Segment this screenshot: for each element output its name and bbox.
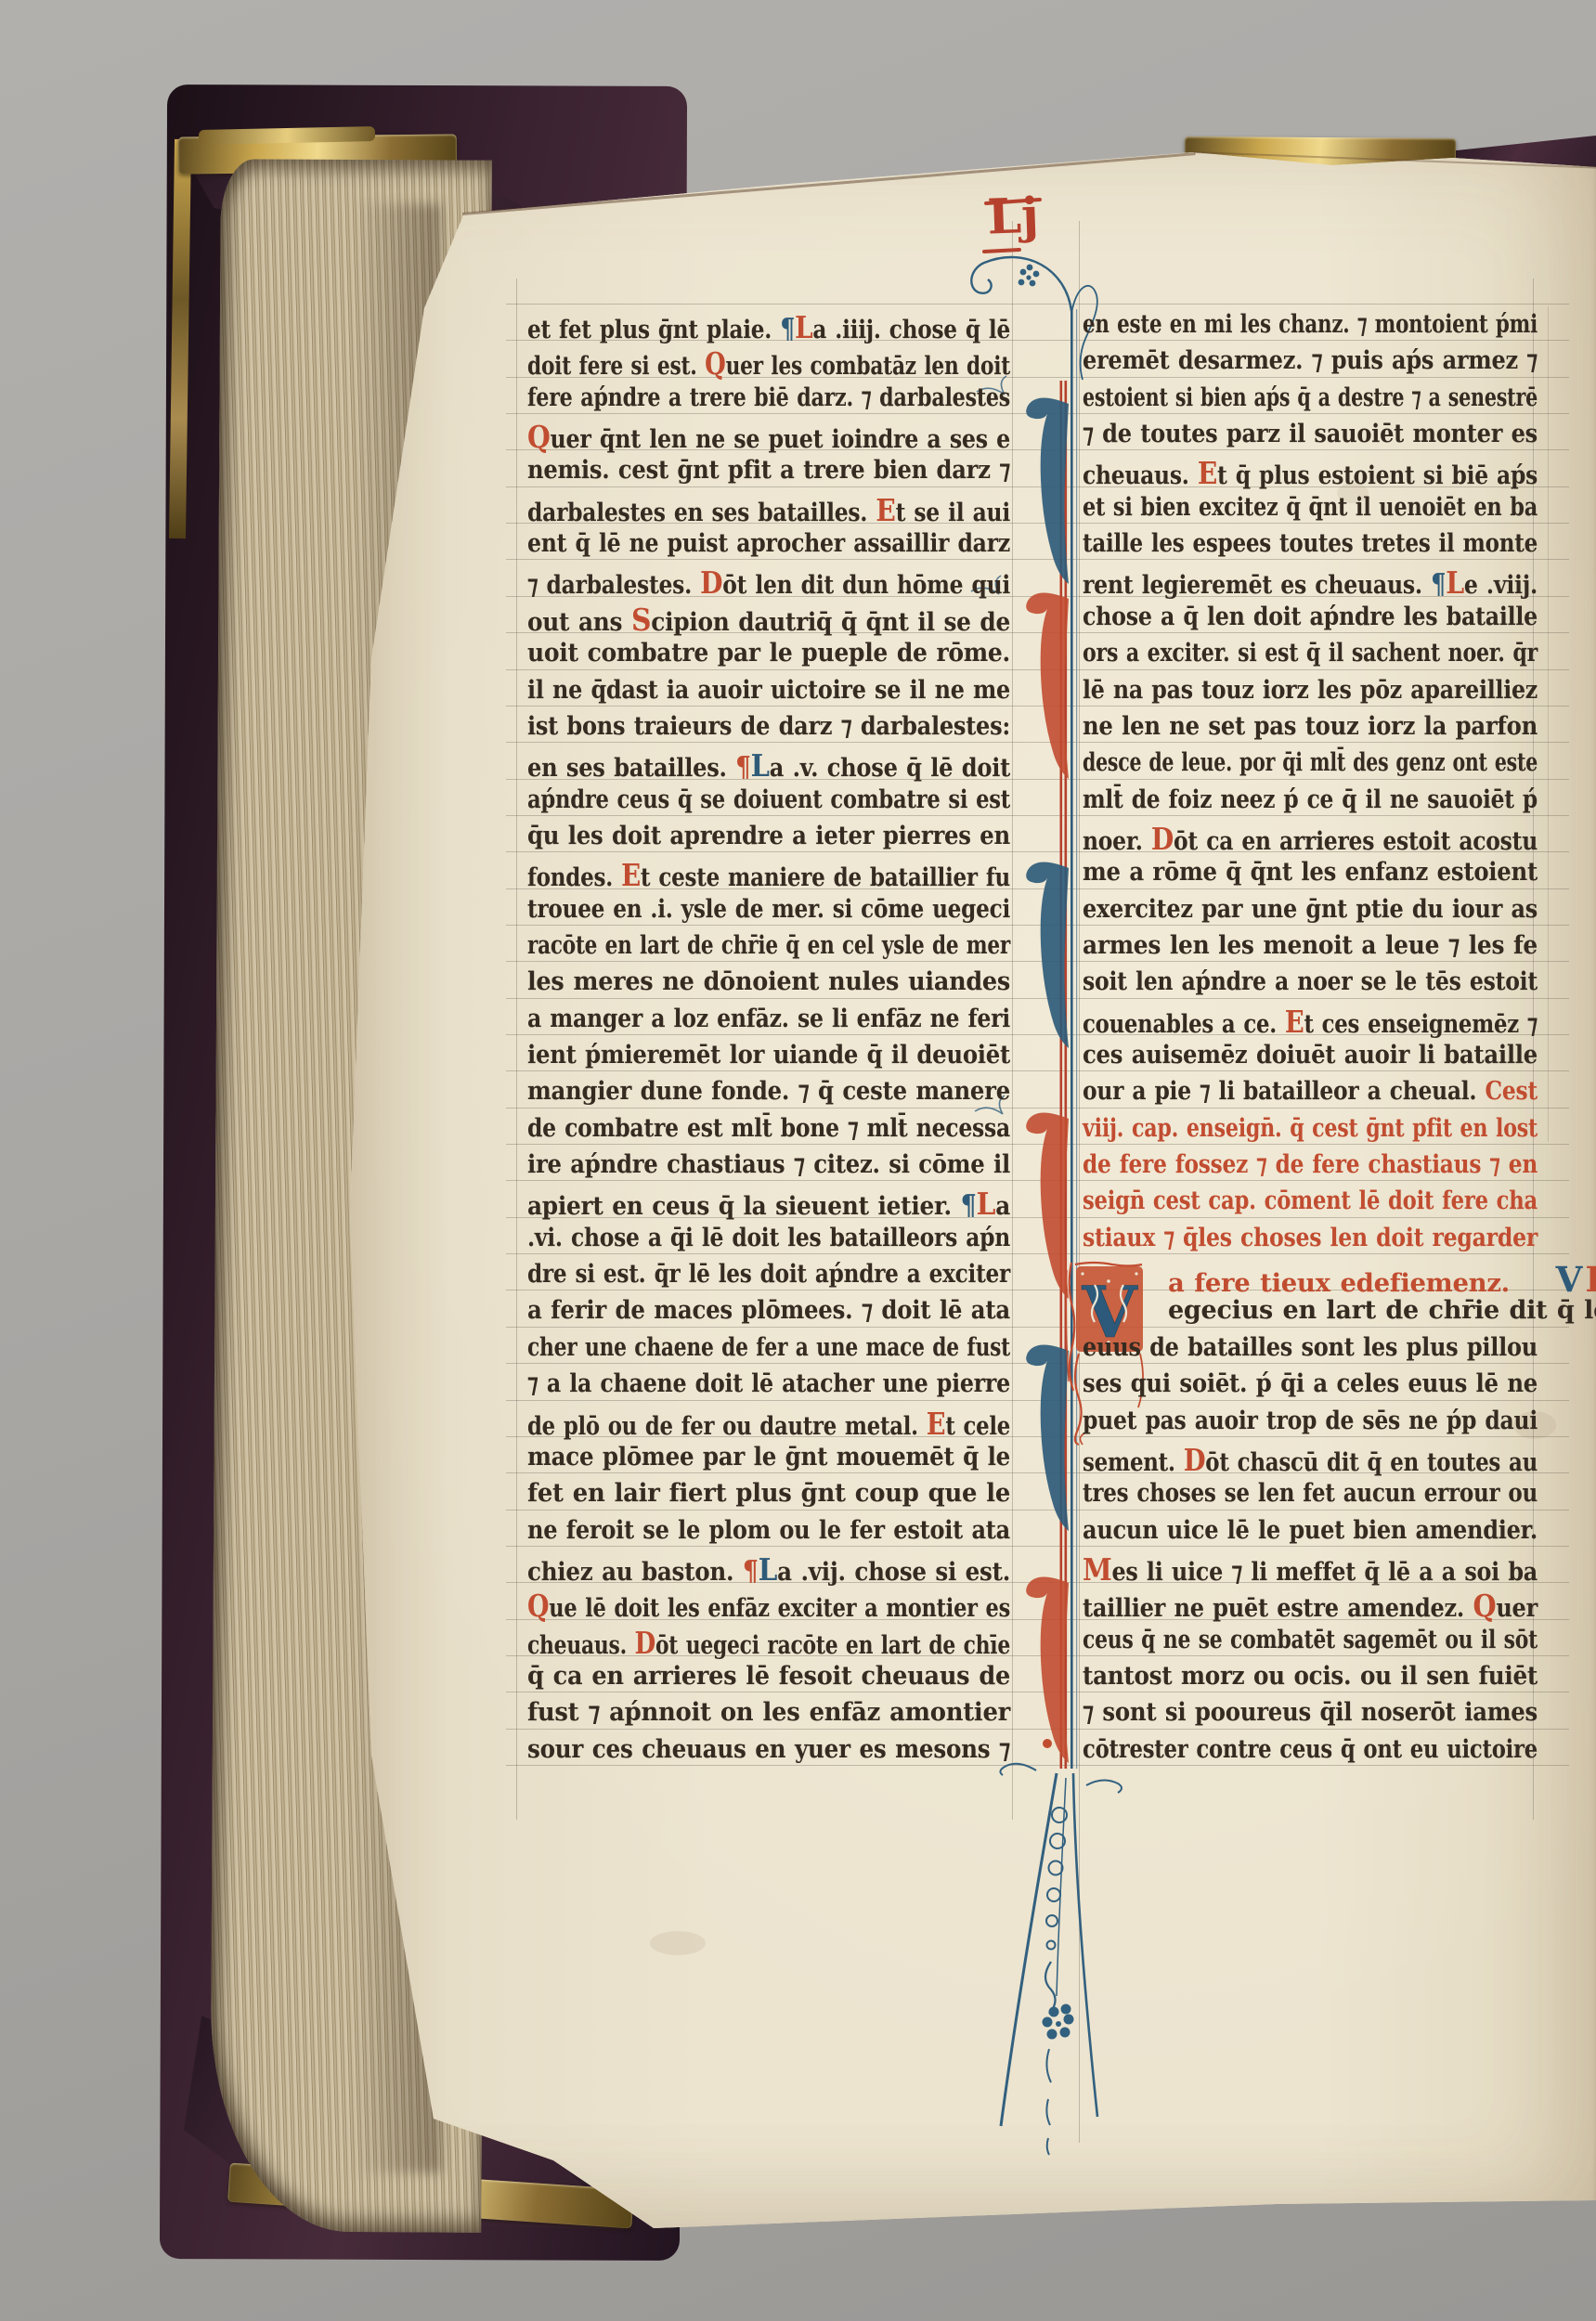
text-column-right: en este en mi les chanz. ⁊ montoient ṕmi… [0, 0, 1596, 2321]
text-segment: t ces enseignemēz ⁊ [1304, 1009, 1538, 1039]
manuscript-line: et si bien excitez q̄ q̄nt il uenoiēt en… [1083, 492, 1538, 528]
manuscript-line: ceus q̄ ne se combatēt sagemēt ou il sōt [1083, 1625, 1538, 1661]
manuscript-line: egecius en lart de chr̄ie dit q̄ les [1083, 1295, 1596, 1331]
text-segment: M [1083, 1551, 1111, 1588]
text-segment: es li uice ⁊ li meffet q̄ lē a a soi ba [1111, 1557, 1538, 1587]
text-segment: lē na pas touz iorz les pōz apareilliez [1083, 675, 1538, 705]
manuscript-line: lē na pas touz iorz les pōz apareilliez [1083, 675, 1538, 711]
manuscript-line: noer. Dōt ca en arrieres estoit acostu [1083, 821, 1538, 857]
text-segment: noer. [1083, 826, 1151, 856]
text-segment: ¶ [1431, 568, 1446, 601]
manuscript-line: de fere fossez ⁊ de fere chastiaus ⁊ en [1083, 1149, 1538, 1186]
text-segment: et si bien excitez q̄ q̄nt il uenoiēt en… [1083, 492, 1538, 522]
text-segment: rent legieremēt es cheuaus. [1083, 570, 1431, 600]
text-segment: viij. cap. enseign̄. q̄ cest ḡnt pfit en… [1083, 1113, 1538, 1143]
text-segment: euus de batailles sont les plus pillou [1083, 1332, 1538, 1362]
manuscript-line: desce de leue. por q̄i mlt̄ des genz ont… [1083, 747, 1538, 784]
text-segment: Q [1473, 1588, 1496, 1624]
manuscript-line: armes len les menoit a leue ⁊ les fe [1083, 930, 1538, 966]
manuscript-line: ⁊ sont si pooureus q̄il noserōt iames [1083, 1697, 1538, 1733]
text-segment: e .viij. [1464, 570, 1538, 600]
manuscript-photo: Lj [0, 0, 1596, 2321]
manuscript-line: en este en mi les chanz. ⁊ montoient ṕmi [1083, 309, 1538, 345]
text-segment: en este en mi les chanz. ⁊ montoient ṕmi [1083, 309, 1538, 339]
manuscript-line: cheuaus. Et q̄ plus estoient si biē aṕs [1083, 455, 1538, 491]
manuscript-line: couenables a ce. Et ces enseignemēz ⁊ [1083, 1004, 1538, 1040]
text-segment: D [1184, 1442, 1206, 1478]
text-segment: couenables a ce. [1083, 1009, 1285, 1039]
text-segment: me a rōme q̄ q̄nt les enfanz estoient [1083, 857, 1538, 887]
manuscript-line: euus de batailles sont les plus pillou [1083, 1332, 1538, 1368]
text-segment: ces auisemēz doiuēt auoir li bataille [1083, 1040, 1538, 1070]
manuscript-line: tantost morz ou ocis. ou il sen fuiēt [1083, 1661, 1538, 1697]
text-segment: ceus q̄ ne se combatēt sagemēt ou il sōt [1083, 1625, 1538, 1654]
text-segment: ses qui soiēt. ṕ q̄i a celes euus lē ne [1083, 1368, 1538, 1398]
manuscript-line: Mes li uice ⁊ li meffet q̄ lē a a soi ba [1083, 1551, 1538, 1588]
manuscript-line: sement. Dōt chascū dit q̄ en toutes au [1083, 1442, 1538, 1478]
manuscript-line: ses qui soiēt. ṕ q̄i a celes euus lē ne [1083, 1368, 1538, 1405]
manuscript-line: ces auisemēz doiuēt auoir li bataille [1083, 1040, 1538, 1076]
text-segment: stiaux ⁊ q̄les choses len doit regarder [1083, 1223, 1538, 1252]
manuscript-line: taillier ne puēt estre amendez. Quer [1083, 1588, 1538, 1624]
manuscript-line: chose a q̄ len doit aṕndre les bataille [1083, 602, 1538, 638]
manuscript-line: our a pie ⁊ li batailleor a cheual. Cest [1083, 1076, 1538, 1112]
manuscript-line: ne len ne set pas touz iorz la parfon [1083, 711, 1538, 747]
text-segment: E [1285, 1004, 1304, 1040]
manuscript-line: mlt̄ de foiz neez ṕ ce q̄ il ne sauoiēt … [1083, 784, 1538, 821]
manuscript-line: rent legieremēt es cheuaus. ¶Le .viij. [1083, 564, 1538, 601]
manuscript-line: taille les espees toutes tretes il monte [1083, 528, 1538, 564]
manuscript-line: eremēt desarmez. ⁊ puis aṕs armez ⁊ [1083, 345, 1538, 382]
manuscript-line: me a rōme q̄ q̄nt les enfanz estoient [1083, 857, 1538, 893]
text-segment: eremēt desarmez. ⁊ puis aṕs armez ⁊ [1083, 345, 1538, 375]
text-segment: mlt̄ de foiz neez ṕ ce q̄ il ne sauoiēt … [1083, 784, 1538, 814]
text-segment: seign̄ cest cap. cōment lē doit fere cha [1083, 1186, 1538, 1215]
text-segment: aucun uice lē le puet bien amendier. [1083, 1515, 1538, 1545]
manuscript-line: viij. cap. enseign̄. q̄ cest ḡnt pfit en… [1083, 1113, 1538, 1149]
text-segment: ⁊ sont si pooureus q̄il noserōt iames [1083, 1697, 1538, 1727]
text-segment: uer [1496, 1593, 1538, 1623]
text-segment: taille les espees toutes tretes il monte [1083, 528, 1538, 558]
manuscript-line: tres choses se len fet aucun errour ou [1083, 1478, 1538, 1514]
manuscript-line: stiaux ⁊ q̄les choses len doit regarder [1083, 1223, 1538, 1259]
text-segment: estoient si bien aṕs q̄ a destre ⁊ a sen… [1083, 383, 1538, 412]
text-segment: armes len les menoit a leue ⁊ les fe [1083, 930, 1538, 960]
text-segment: sement. [1083, 1447, 1184, 1477]
text-segment: our a pie ⁊ li batailleor a cheual. [1083, 1076, 1486, 1106]
manuscript-line: estoient si bien aṕs q̄ a destre ⁊ a sen… [1083, 383, 1538, 419]
text-segment: chose a q̄ len doit aṕndre les bataille [1083, 602, 1538, 631]
manuscript-line: exercitez par une ḡnt ptie du iour as [1083, 894, 1538, 930]
text-segment: V [1556, 1259, 1586, 1300]
text-segment: Cest [1486, 1076, 1538, 1106]
text-segment: ⁊ de toutes parz il sauoiēt monter es [1083, 419, 1538, 448]
text-segment: E [1198, 455, 1217, 491]
text-segment: de fere fossez ⁊ de fere chastiaus ⁊ en [1083, 1149, 1538, 1179]
text-segment: exercitez par une ḡnt ptie du iour as [1083, 894, 1538, 924]
text-segment: I [1585, 1259, 1596, 1300]
text-segment: a fere tieux edefiemenz. [1168, 1268, 1510, 1298]
manuscript-line: seign̄ cest cap. cōment lē doit fere cha [1083, 1186, 1538, 1222]
text-segment: desce de leue. por q̄i mlt̄ des genz ont… [1083, 747, 1538, 777]
text-segment: puet pas auoir trop de sēs ne ṕp daui [1083, 1406, 1538, 1435]
text-segment: L [1446, 564, 1464, 601]
text-segment: ōt ca en arrieres estoit acostu [1174, 826, 1538, 856]
text-segment: D [1151, 821, 1174, 857]
text-segment: ōt chascū dit q̄ en toutes au [1205, 1447, 1538, 1477]
manuscript-line: cōtrester contre ceus q̄ ont eu uictoire [1083, 1734, 1538, 1770]
manuscript-line: ors a exciter. si est q̄ il sachent noer… [1083, 638, 1538, 674]
text-segment: egecius en lart de chr̄ie dit q̄ les [1168, 1295, 1596, 1325]
text-segment: cōtrester contre ceus q̄ ont eu uictoire [1083, 1734, 1538, 1764]
text-segment: t q̄ plus estoient si biē aṕs [1217, 460, 1538, 490]
text-segment: tantost morz ou ocis. ou il sen fuiēt [1083, 1661, 1538, 1691]
manuscript-line: soit len aṕndre a noer se le tēs estoit [1083, 966, 1538, 1003]
text-segment: taillier ne puēt estre amendez. [1083, 1593, 1473, 1623]
text-segment: tres choses se len fet aucun errour ou [1083, 1478, 1538, 1508]
text-segment: soit len aṕndre a noer se le tēs estoit [1083, 966, 1538, 996]
text-segment: ne len ne set pas touz iorz la parfon [1083, 711, 1538, 741]
text-segment: ors a exciter. si est q̄ il sachent noer… [1083, 638, 1538, 668]
manuscript-line: aucun uice lē le puet bien amendier. [1083, 1515, 1538, 1551]
manuscript-line: puet pas auoir trop de sēs ne ṕp daui [1083, 1406, 1538, 1442]
manuscript-line: ⁊ de toutes parz il sauoiēt monter es [1083, 419, 1538, 455]
manuscript-line: a fere tieux edefiemenz.VII [1083, 1259, 1596, 1295]
text-segment: cheuaus. [1083, 460, 1198, 490]
